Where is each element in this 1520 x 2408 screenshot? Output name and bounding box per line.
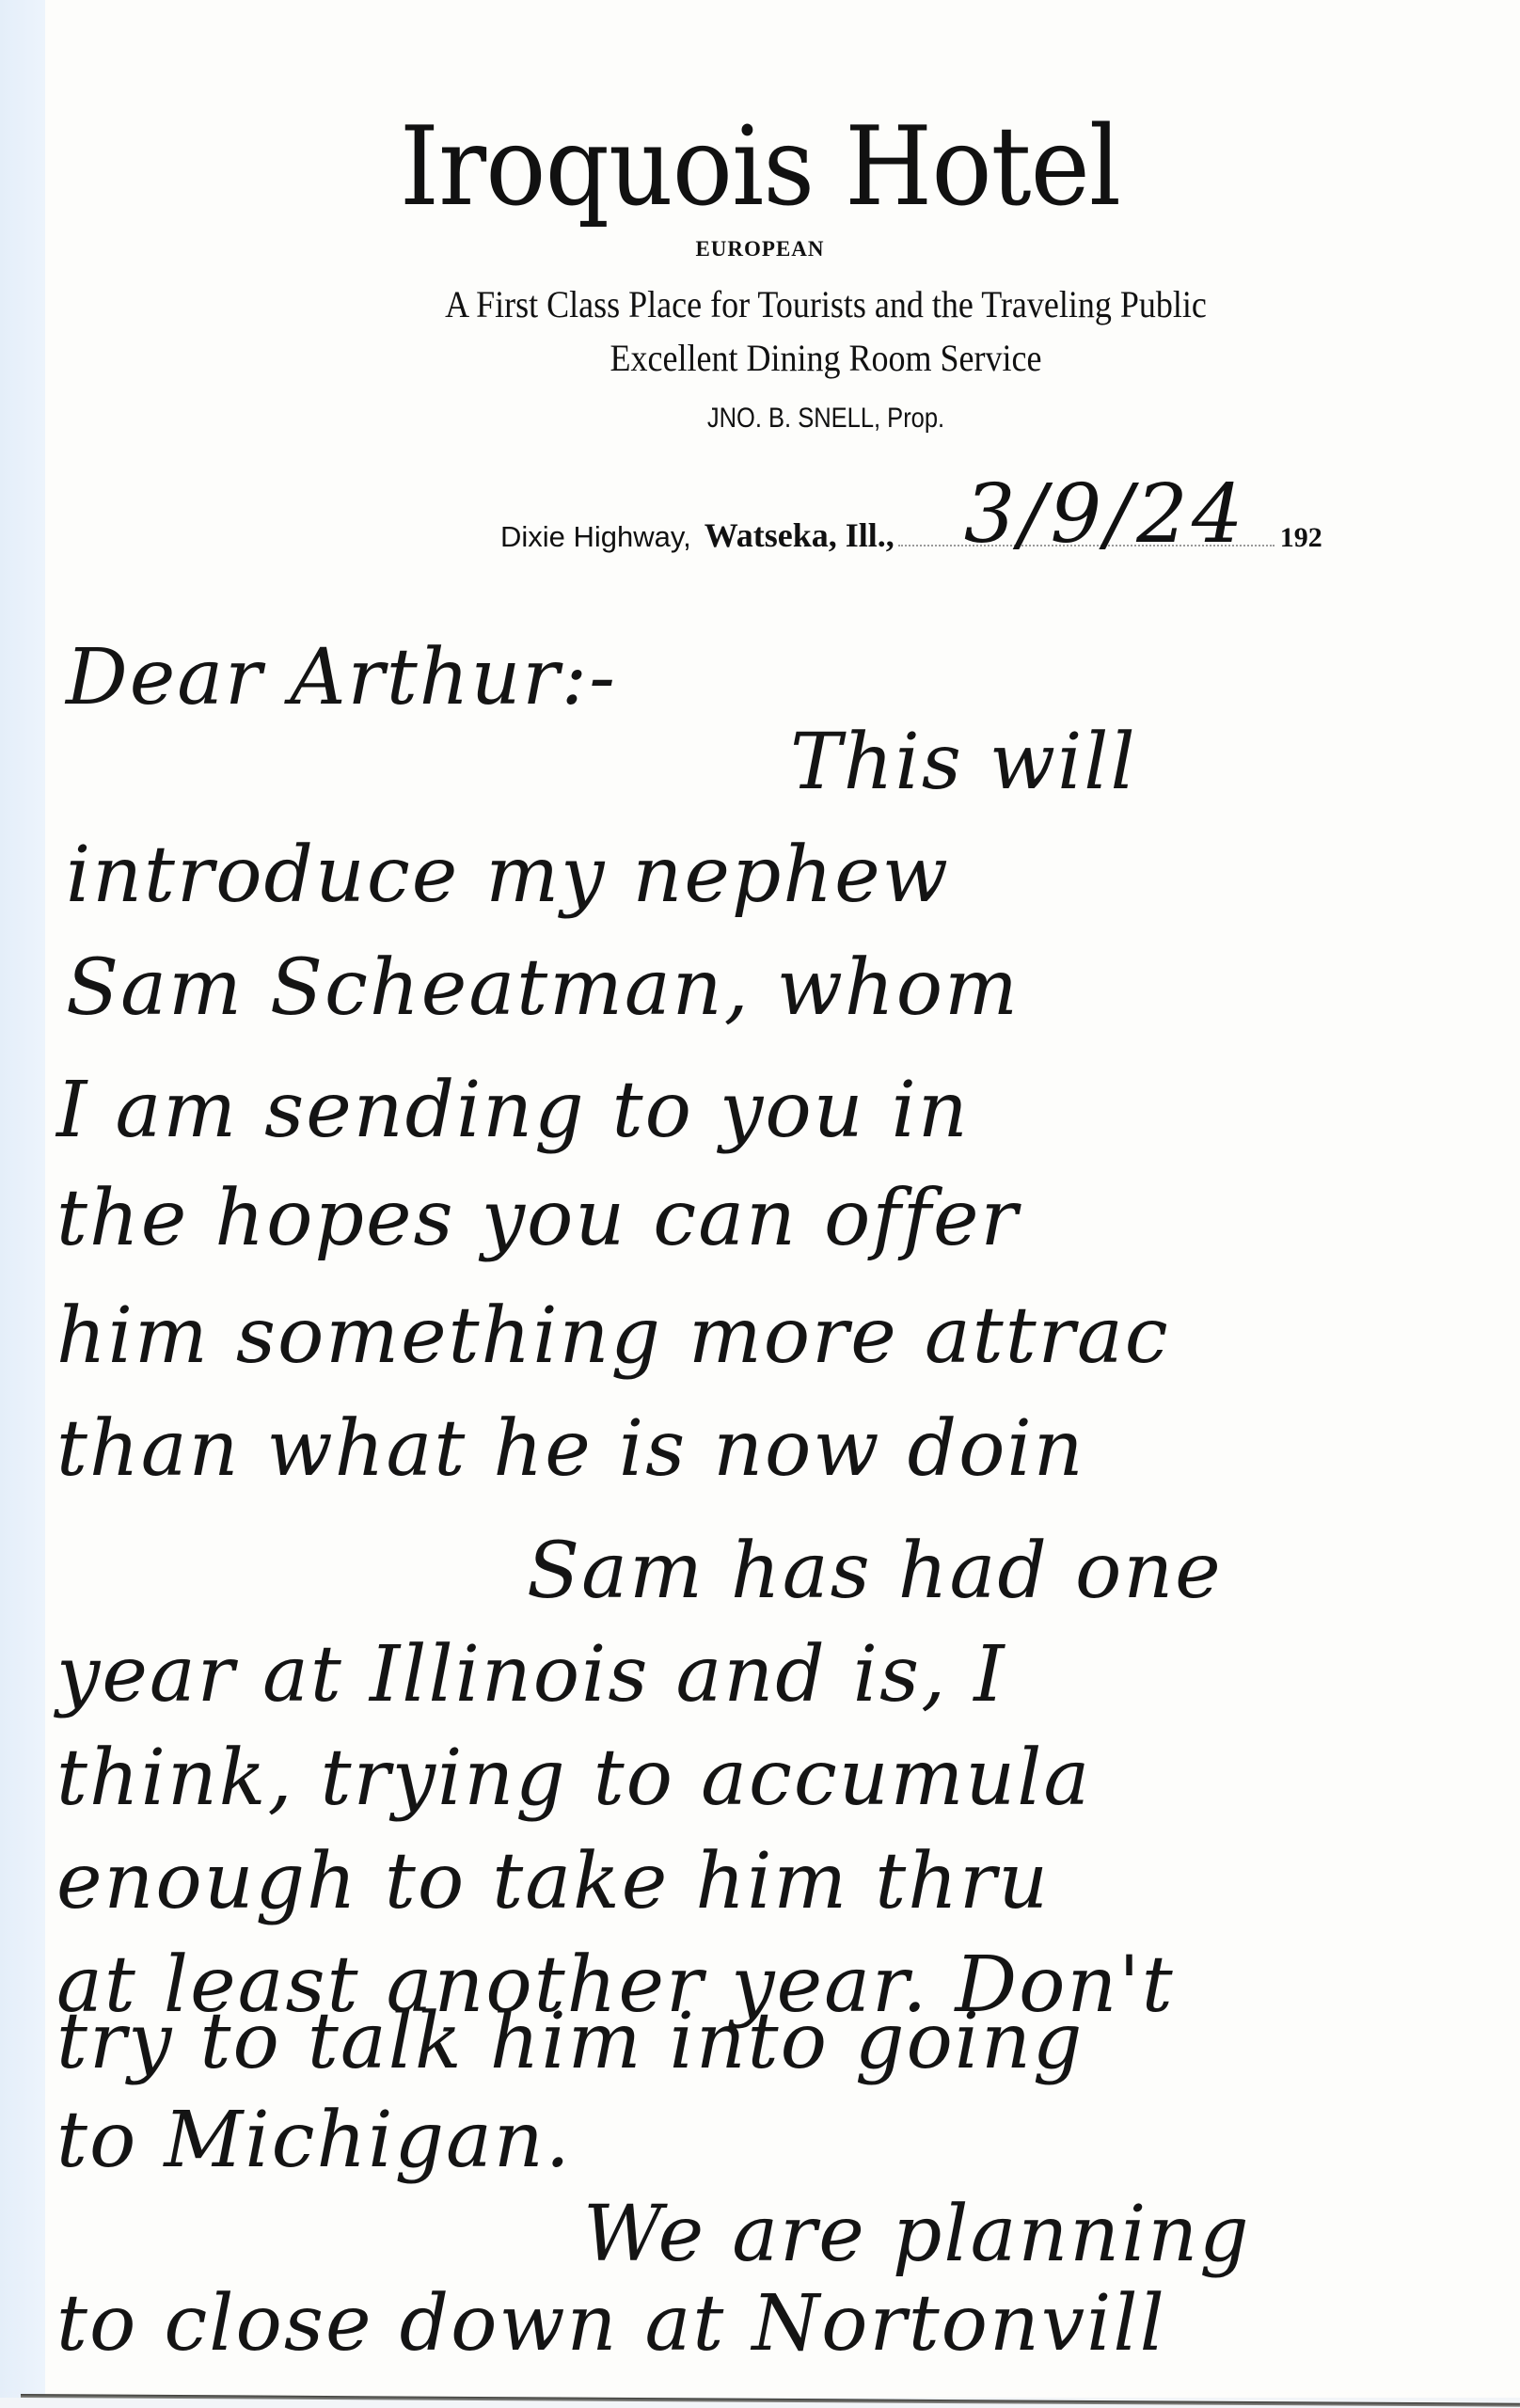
year-prefix: 192 (1280, 522, 1322, 554)
hotel-address: Dixie Highway, (500, 520, 691, 554)
hotel-subtitle: EUROPEAN (0, 237, 1520, 261)
hotel-proprietor: JNO. B. SNELL, Prop. (180, 403, 1472, 435)
letter-line: I am sending to you in (56, 1072, 970, 1149)
letter-line: the hopes you can offer (56, 1180, 1020, 1258)
letter-line: year at Illinois and is, I (56, 1637, 1006, 1714)
hotel-city: Watseka, Ill., (705, 515, 895, 555)
scan-edge-left (0, 0, 45, 2408)
salutation: Dear Arthur:- (66, 640, 617, 717)
letter-line: to close down at Nortonvill (56, 2286, 1166, 2363)
date-field: 3/9/24 (898, 526, 1275, 547)
letter-line: try to talk him into going (56, 2004, 1084, 2081)
address-date-line: Dixie Highway, Watseka, Ill., 3/9/24 192 (500, 515, 1322, 555)
letter-line: introduce my nephew (66, 837, 950, 914)
letter-line: think, trying to accumula (56, 1740, 1091, 1817)
letter-line: enough to take him thru (56, 1844, 1050, 1921)
handwritten-date: 3/9/24 (964, 467, 1247, 562)
letter-line: him something more attrac (56, 1298, 1170, 1375)
letter-line: to Michigan. (56, 2102, 572, 2179)
letter-line: Sam has had one (527, 1533, 1223, 1610)
hotel-tagline: A First Class Place for Tourists and the… (142, 282, 1510, 326)
hotel-title: Iroquois Hotel (61, 113, 1460, 222)
hotel-service-line: Excellent Dining Room Service (142, 336, 1510, 380)
letter-line: Sam Scheatman, whom (66, 950, 1020, 1027)
letter-line: than what he is now doin (56, 1411, 1085, 1488)
letter-line: We are planning (583, 2196, 1251, 2273)
letter-line: This will (790, 724, 1137, 801)
